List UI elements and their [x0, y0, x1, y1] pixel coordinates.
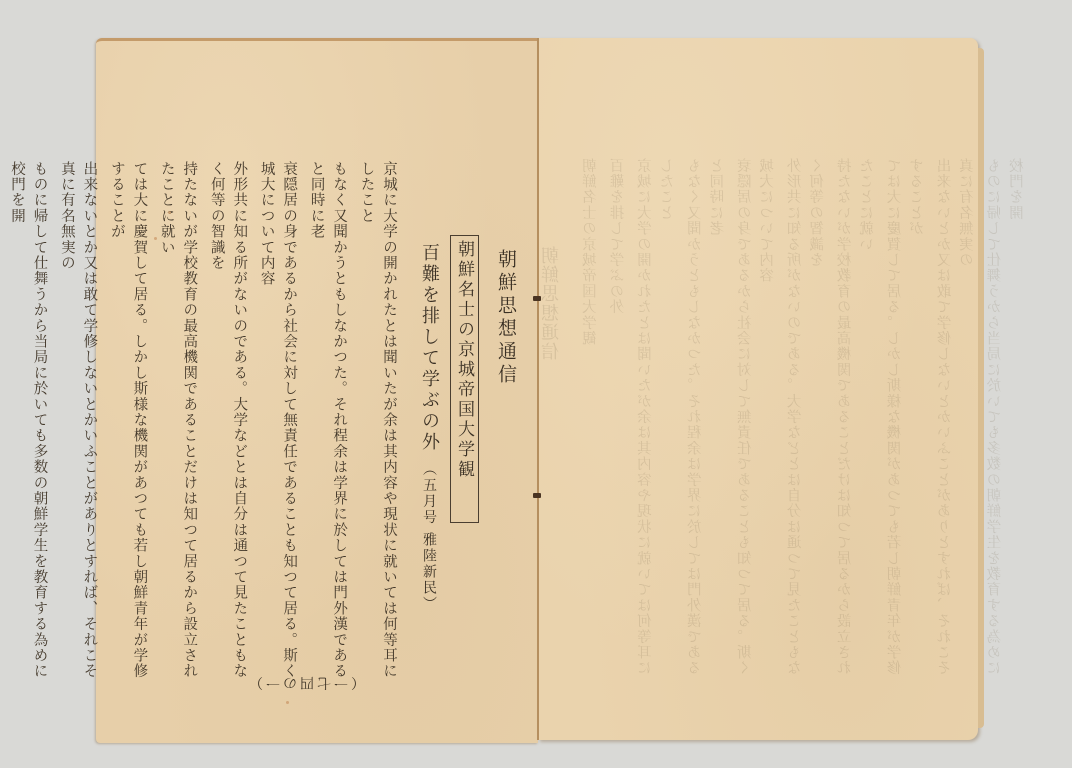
page-edge: [978, 48, 984, 728]
body-column: 京城に大学の開かれたとは聞いたが余は其内容や現状に就いては何等耳にしたこと: [355, 161, 400, 691]
article-text-block: 朝鮮思想通信 朝鮮名士の京城帝国大学観 百難を排して学ぶの外 （五月号 雅陸新民…: [110, 161, 520, 691]
paper-stain: [286, 701, 289, 704]
ghost-column: 京城に大学の開かれたとは聞いたが余は其内容や現状に就いては何等耳にしたこと: [635, 158, 680, 678]
ghost-column: 衰隠居の身であるから社会に対して無責任であることも知つて居る。斯く城大について内…: [735, 158, 780, 678]
body-column: 出来ないとか又は敢て学修しないとかいふことがありとすれば、それこそ真に有名無実の: [55, 161, 100, 691]
article-title: 百難を排して学ぶの外 （五月号 雅陸新民）: [416, 243, 442, 691]
body-column: 衰隠居の身であるから社会に対して無責任であることも知つて居る。斯く城大について内…: [255, 161, 300, 691]
ghost-column: ては大に慶賀して居る。しかし斯様な機関があつても若し朝鮮青年が学修することが: [885, 158, 930, 678]
staple-bottom: [533, 493, 541, 498]
page-number: （一七四の一）: [246, 673, 365, 693]
article-title-text: 百難を排して学ぶの外: [419, 243, 440, 453]
body-column: 放しなければならない。又一方朝鮮の青年等も假令如何なる恥辱があつても学を励まな: [0, 161, 1, 691]
ghost-column: 朝鮮名士の京城帝国大学観: [580, 158, 602, 678]
ghost-column: 百難を排して学ぶの外: [607, 158, 629, 678]
byline: （五月号 雅陸新民）: [421, 462, 437, 612]
bleed-through-text: 朝鮮思想通信 朝鮮名士の京城帝国大学観 百難を排して学ぶの外 京城に大学の開かれ…: [538, 158, 978, 678]
ghost-column: 出来ないとか又は敢て学修しないとかいふことがありとすれば、それこそ真に有名無実の: [934, 158, 979, 678]
body-column: 外形共に知る所がないのである。大学などとは自分は通つて見たこともなく何等の智識を: [205, 161, 250, 691]
ghost-header: 朝鮮思想通信: [538, 158, 566, 678]
body-column: ものに帰して仕舞うから当局に於いても多数の朝鮮学生を教育する為めに校門を開: [6, 161, 51, 691]
publication-header: 朝鮮思想通信: [493, 161, 520, 691]
ghost-column: ものに帰して仕舞うから当局に於いても多数の朝鮮学生を教育する為めに校門を開: [984, 158, 1029, 678]
ghost-column: 外形共に知る所がないのである。大学などとは自分は通つて見たこともなく何等の智識を: [785, 158, 830, 678]
paper-stain: [154, 237, 157, 240]
boxed-subtitle: 朝鮮名士の京城帝国大学観: [450, 235, 479, 523]
ghost-column: もなく又聞かうともしなかつた。それ程余は学界に於しては門外漢であると同時に老: [685, 158, 730, 678]
body-column: ては大に慶賀して居る。しかし斯様な機関があつても若し朝鮮青年が学修することが: [105, 161, 150, 691]
staple-top: [533, 296, 541, 301]
body-column: 持たないが学校教育の最高機関であることだけは知つて居るから設立されたことに就い: [155, 161, 200, 691]
left-page: 朝鮮思想通信 朝鮮名士の京城帝国大学観 百難を排して学ぶの外 （五月号 雅陸新民…: [96, 38, 538, 743]
spine-fold: [537, 38, 539, 740]
body-column: もなく又聞かうともしなかつた。それ程余は学界に於しては門外漢であると同時に老: [305, 161, 350, 691]
open-booklet: 朝鮮思想通信 朝鮮名士の京城帝国大学観 百難を排して学ぶの外 （五月号 雅陸新民…: [96, 38, 980, 740]
ghost-column: 持たないが学校教育の最高機関であることだけは知つて居るから設立されたことに就い: [835, 158, 880, 678]
paper-stain: [168, 211, 171, 214]
right-page: 朝鮮思想通信 朝鮮名士の京城帝国大学観 百難を排して学ぶの外 京城に大学の開かれ…: [538, 38, 978, 740]
